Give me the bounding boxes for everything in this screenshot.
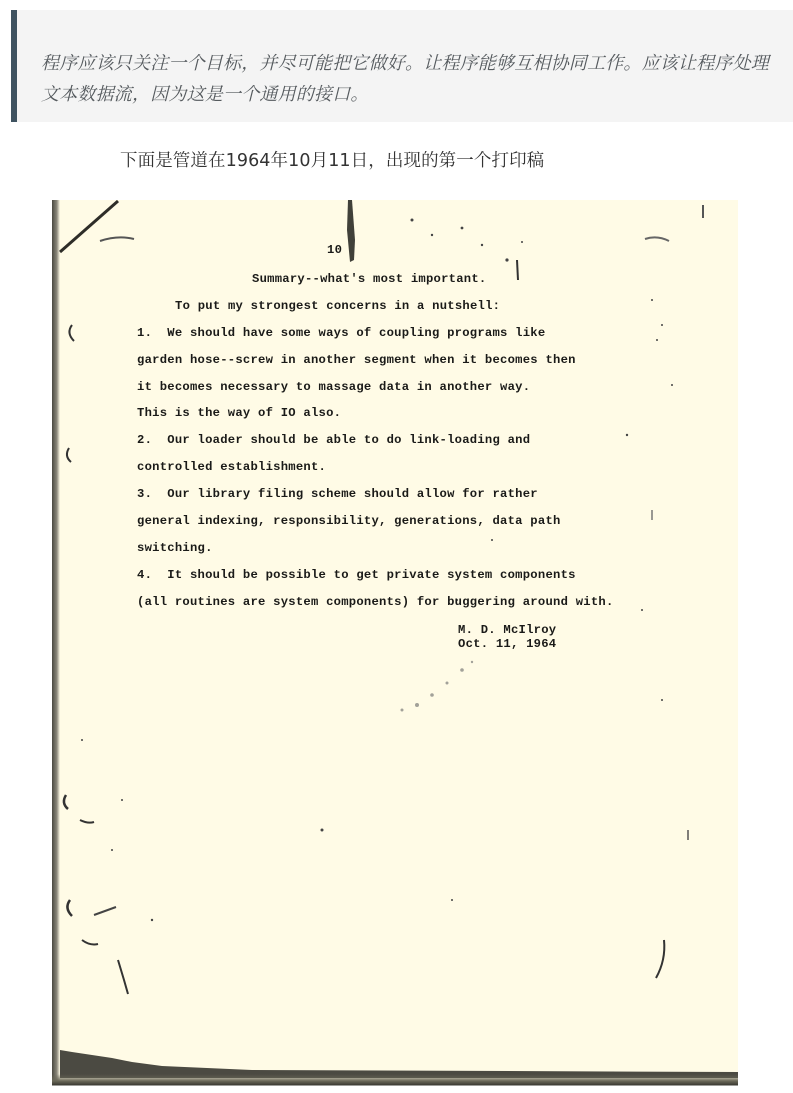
scan-left-edge [52,200,60,1090]
memo-line: switching. [137,541,213,555]
memo-title: Summary--what's most important. [252,272,486,286]
memo-line: 2. Our loader should be able to do link-… [137,433,530,447]
memo-signature-name: M. D. McIlroy [458,623,556,637]
image-caption: 下面是管道在1964年10月11日，出现的第一个打印稿 [120,147,544,172]
memo-line: garden hose--screw in another segment wh… [137,353,576,367]
memo-line: general indexing, responsibility, genera… [137,514,561,528]
blockquote: 程序应该只关注一个目标，并尽可能把它做好。让程序能够互相协同工作。应该让程序处理… [11,10,793,122]
memo-line: 4. It should be possible to get private … [137,568,576,582]
memo-line: (all routines are system components) for… [137,595,614,609]
memo-line: 1. We should have some ways of coupling … [137,326,545,340]
memo-line: 3. Our library filing scheme should allo… [137,487,538,501]
memo-signature-date: Oct. 11, 1964 [458,637,556,651]
memo-line: it becomes necessary to massage data in … [137,380,530,394]
memo-intro: To put my strongest concerns in a nutshe… [175,299,500,313]
scanned-memo-image: 10 Summary--what's most important. To pu… [52,200,738,1090]
scan-bottom-edge [52,1074,738,1090]
memo-page-number: 10 [327,243,342,257]
blockquote-text: 程序应该只关注一个目标，并尽可能把它做好。让程序能够互相协同工作。应该让程序处理… [41,48,777,110]
memo-line: This is the way of IO also. [137,406,341,420]
memo-line: controlled establishment. [137,460,326,474]
